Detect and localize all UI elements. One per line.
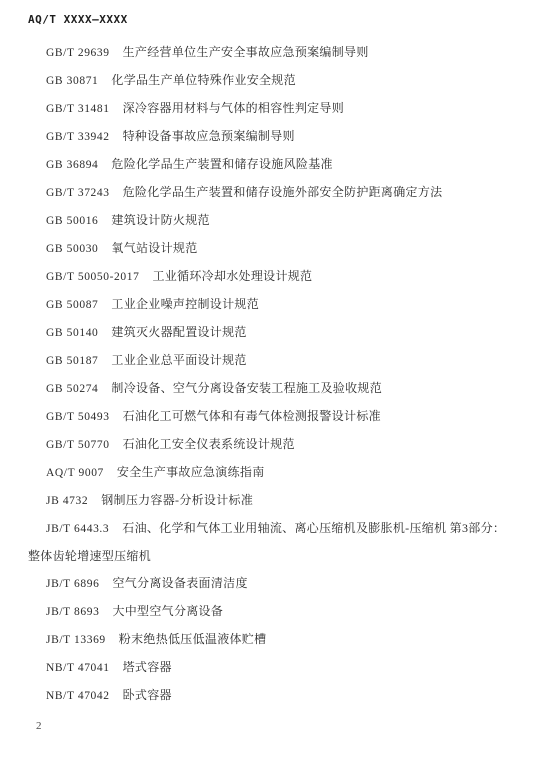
reference-item: GB 50016建筑设计防火规范 bbox=[28, 207, 509, 235]
standard-title: 氧气站设计规范 bbox=[111, 241, 197, 255]
reference-item: GB/T 50493石油化工可燃气体和有毒气体检测报警设计标准 bbox=[28, 403, 509, 431]
reference-item: GB/T 50770石油化工安全仪表系统设计规范 bbox=[28, 431, 509, 459]
reference-item: JB/T 6443.3石油、化学和气体工业用轴流、离心压缩机及膨胀机-压缩机 第… bbox=[28, 515, 509, 570]
standard-title: 石油化工安全仪表系统设计规范 bbox=[123, 437, 295, 451]
standard-code: GB/T 31481 bbox=[46, 103, 110, 115]
standard-title: 化学品生产单位特殊作业安全规范 bbox=[111, 73, 296, 87]
reference-item: GB 36894危险化学品生产装置和储存设施风险基准 bbox=[28, 151, 509, 179]
document-header: AQ/T XXXX—XXXX bbox=[28, 13, 509, 26]
standard-code: GB/T 50770 bbox=[46, 439, 110, 451]
reference-item: GB 50030氧气站设计规范 bbox=[28, 235, 509, 263]
standard-title: 粉末绝热低压低温液体贮槽 bbox=[119, 632, 267, 646]
reference-item: GB/T 37243危险化学品生产装置和储存设施外部安全防护距离确定方法 bbox=[28, 179, 509, 207]
standard-title: 危险化学品生产装置和储存设施风险基准 bbox=[111, 157, 332, 171]
standard-code: GB 50087 bbox=[46, 299, 98, 311]
standard-title: 空气分离设备表面清洁度 bbox=[112, 576, 247, 590]
standard-title: 安全生产事故应急演练指南 bbox=[117, 465, 265, 479]
standard-code: GB 50187 bbox=[46, 355, 98, 367]
standard-title: 建筑设计防火规范 bbox=[111, 213, 209, 227]
standard-title: 建筑灭火器配置设计规范 bbox=[111, 325, 246, 339]
standard-code: GB 50030 bbox=[46, 243, 98, 255]
page-number: 2 bbox=[28, 720, 509, 732]
reference-item: JB/T 8693大中型空气分离设备 bbox=[28, 598, 509, 626]
standard-code: GB 50140 bbox=[46, 327, 98, 339]
standard-code: JB 4732 bbox=[46, 495, 88, 507]
standard-code: AQ/T 9007 bbox=[46, 467, 104, 479]
standard-code: GB/T 29639 bbox=[46, 47, 110, 59]
standard-title: 工业企业噪声控制设计规范 bbox=[111, 297, 259, 311]
reference-item: AQ/T 9007安全生产事故应急演练指南 bbox=[28, 459, 509, 487]
reference-item: GB/T 31481深冷容器用材料与气体的相容性判定导则 bbox=[28, 95, 509, 123]
standard-code: GB 36894 bbox=[46, 159, 98, 171]
document-page: AQ/T XXXX—XXXX GB/T 29639生产经营单位生产安全事故应急预… bbox=[0, 0, 533, 764]
standard-code: GB 30871 bbox=[46, 75, 98, 87]
standard-code: JB/T 6896 bbox=[46, 578, 99, 590]
standard-code: GB/T 50050-2017 bbox=[46, 271, 139, 283]
standard-code: GB/T 33942 bbox=[46, 131, 110, 143]
reference-item: GB 50087工业企业噪声控制设计规范 bbox=[28, 291, 509, 319]
standard-code: NB/T 47042 bbox=[46, 690, 110, 702]
reference-item: GB 30871化学品生产单位特殊作业安全规范 bbox=[28, 67, 509, 95]
reference-item: GB 50274制冷设备、空气分离设备安装工程施工及验收规范 bbox=[28, 375, 509, 403]
reference-item: GB 50140建筑灭火器配置设计规范 bbox=[28, 319, 509, 347]
standard-title: 大中型空气分离设备 bbox=[112, 604, 223, 618]
standard-code: JB/T 8693 bbox=[46, 606, 99, 618]
standard-title: 特种设备事故应急预案编制导则 bbox=[123, 129, 295, 143]
reference-item: GB/T 50050-2017工业循环冷却水处理设计规范 bbox=[28, 263, 509, 291]
standard-code: GB/T 37243 bbox=[46, 187, 110, 199]
standard-title: 危险化学品生产装置和储存设施外部安全防护距离确定方法 bbox=[123, 185, 443, 199]
standard-title: 工业企业总平面设计规范 bbox=[111, 353, 246, 367]
standard-code: NB/T 47041 bbox=[46, 662, 110, 674]
standard-code: GB 50274 bbox=[46, 383, 98, 395]
standard-code: GB/T 50493 bbox=[46, 411, 110, 423]
standard-title: 石油化工可燃气体和有毒气体检测报警设计标准 bbox=[123, 409, 381, 423]
reference-item: NB/T 47041塔式容器 bbox=[28, 654, 509, 682]
reference-item: NB/T 47042卧式容器 bbox=[28, 682, 509, 710]
reference-item: GB 50187工业企业总平面设计规范 bbox=[28, 347, 509, 375]
reference-item: JB/T 13369粉末绝热低压低温液体贮槽 bbox=[28, 626, 509, 654]
standard-title: 卧式容器 bbox=[123, 688, 172, 702]
standard-code: GB 50016 bbox=[46, 215, 98, 227]
standard-code: JB/T 13369 bbox=[46, 634, 106, 646]
standard-title: 塔式容器 bbox=[123, 660, 172, 674]
reference-item: JB 4732钢制压力容器-分析设计标准 bbox=[28, 487, 509, 515]
standard-title: 生产经营单位生产安全事故应急预案编制导则 bbox=[123, 45, 369, 59]
standard-title: 钢制压力容器-分析设计标准 bbox=[101, 493, 253, 507]
standard-code: JB/T 6443.3 bbox=[46, 523, 109, 535]
reference-item: JB/T 6896空气分离设备表面清洁度 bbox=[28, 570, 509, 598]
reference-item: GB/T 33942特种设备事故应急预案编制导则 bbox=[28, 123, 509, 151]
references-list: GB/T 29639生产经营单位生产安全事故应急预案编制导则 GB 30871化… bbox=[28, 39, 509, 710]
standard-title: 工业循环冷却水处理设计规范 bbox=[152, 269, 312, 283]
standard-title: 深冷容器用材料与气体的相容性判定导则 bbox=[123, 101, 344, 115]
standard-title: 制冷设备、空气分离设备安装工程施工及验收规范 bbox=[111, 381, 382, 395]
reference-item: GB/T 29639生产经营单位生产安全事故应急预案编制导则 bbox=[28, 39, 509, 67]
